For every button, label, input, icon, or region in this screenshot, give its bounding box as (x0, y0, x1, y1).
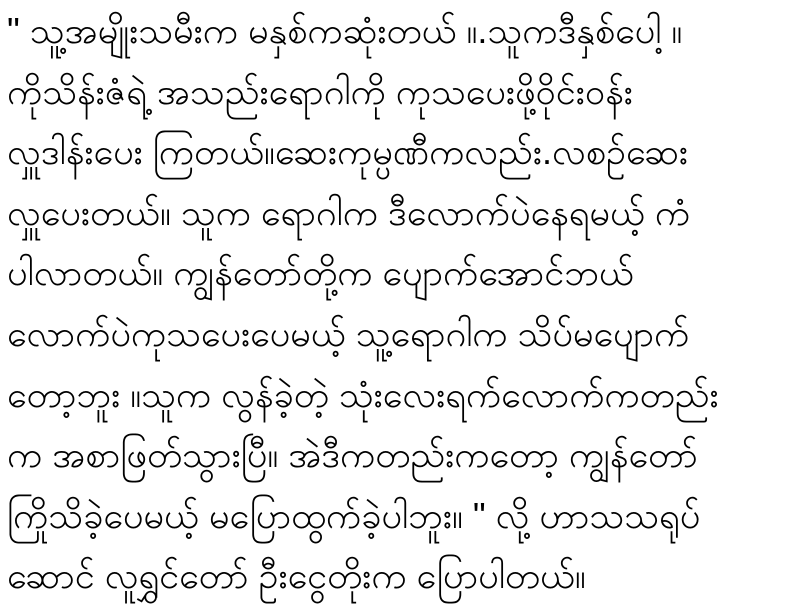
text-line: တော့ဘူး ။သူက လွန်ခဲ့တဲ့ သုံးလေးရက်လောက်က… (7, 365, 794, 426)
text-line: ဆောင် လူရွှင်တော် ဦးငွေတိုးက ပြောပါတယ်။ (7, 546, 794, 607)
text-line: ပါလာတယ်။ ကျွန်တော်တို့က ပျောက်အောင်ဘယ် (7, 243, 794, 304)
text-line: က အစာဖြတ်သွားပြီ။ အဲဒီကတည်းကတော့ ကျွန်တေ… (7, 425, 794, 486)
text-line: ကိုသိန်းဇံရဲ့ အသည်းရောဂါကို ကုသပေးဖို့ဝိ… (7, 62, 794, 123)
text-line: လောက်ပဲကုသပေးပေမယ့် သူ့ရောဂါက သိပ်မပျောက… (7, 304, 794, 365)
text-line: " သူ့အမျိုးသမီးက မနှစ်ကဆုံးတယ် ။.သူကဒီနှ… (7, 1, 794, 62)
text-line: လှူပေးတယ်။ သူက ရောဂါက ဒီလောက်ပဲနေရမယ့် က… (7, 183, 794, 244)
document-page: " သူ့အမျိုးသမီးက မနှစ်ကဆုံးတယ် ။.သူကဒီနှ… (0, 0, 800, 608)
text-line: လှူဒါန်းပေး ကြတယ်။ဆေးကုမ္ပဏီကလည်း.လစဉ်ဆေ… (7, 122, 794, 183)
paragraph: " သူ့အမျိုးသမီးက မနှစ်ကဆုံးတယ် ။.သူကဒီနှ… (7, 1, 794, 607)
text-line: ကြိုသိခဲ့ပေမယ့် မပြောထွက်ခဲ့ပါဘူး။ " လို… (7, 486, 794, 547)
